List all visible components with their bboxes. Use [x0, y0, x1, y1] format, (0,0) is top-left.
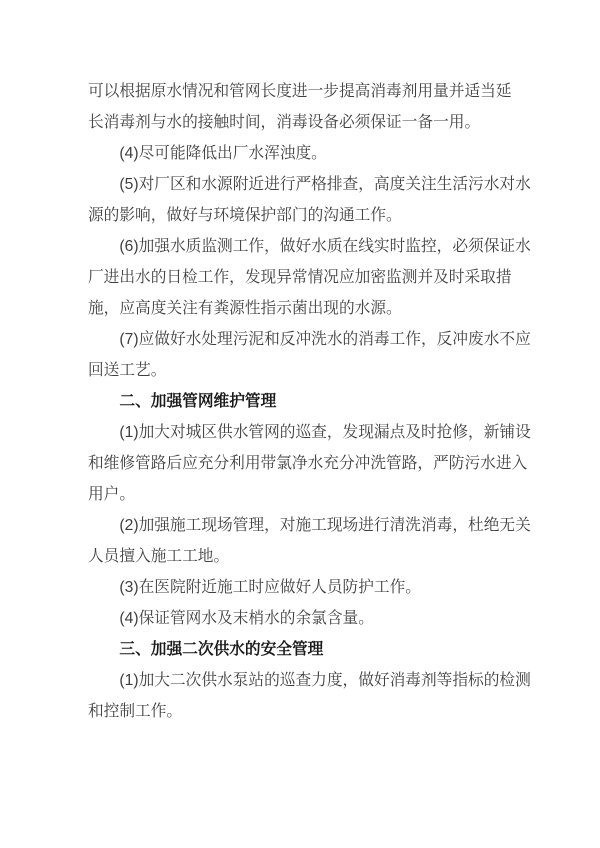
text-line: (5)对厂区和水源附近进行严格排查，高度关注生活污水对水 — [88, 169, 516, 200]
text-line: 和维修管路后应充分利用带氯净水充分冲洗管路，严防污水进入 — [88, 448, 516, 479]
text-line: 长消毒剂与水的接触时间，消毒设备必须保证一备一用。 — [88, 107, 516, 138]
text-line: 人员擅入施工工地。 — [88, 541, 516, 572]
text-line: 用户。 — [88, 479, 516, 510]
text-line: 厂进出水的日检工作，发现异常情况应加密监测并及时采取措 — [88, 262, 516, 293]
text-line: 源的影响，做好与环境保护部门的沟通工作。 — [88, 200, 516, 231]
text-line: (3)在医院附近施工时应做好人员防护工作。 — [88, 572, 516, 603]
section-heading: 二、加强管网维护管理 — [88, 386, 516, 417]
text-line: 回送工艺。 — [88, 355, 516, 386]
text-line: 和控制工作。 — [88, 696, 516, 727]
text-line: (7)应做好水处理污泥和反冲洗水的消毒工作，反冲废水不应 — [88, 324, 516, 355]
text-line: (4)尽可能降低出厂水浑浊度。 — [88, 138, 516, 169]
text-line: (4)保证管网水及末梢水的余氯含量。 — [88, 603, 516, 634]
text-line: 施，应高度关注有粪源性指示菌出现的水源。 — [88, 293, 516, 324]
document-content: 可以根据原水情况和管网长度进一步提高消毒剂用量并适当延长消毒剂与水的接触时间，消… — [88, 76, 516, 727]
text-line: (6)加强水质监测工作，做好水质在线实时监控，必须保证水 — [88, 231, 516, 262]
text-line: (1)加大二次供水泵站的巡查力度，做好消毒剂等指标的检测 — [88, 665, 516, 696]
section-heading: 三、加强二次供水的安全管理 — [88, 634, 516, 665]
text-line: 可以根据原水情况和管网长度进一步提高消毒剂用量并适当延 — [88, 76, 516, 107]
text-line: (2)加强施工现场管理，对施工现场进行清洗消毒，杜绝无关 — [88, 510, 516, 541]
text-line: (1)加大对城区供水管网的巡查，发现漏点及时抢修，新铺设 — [88, 417, 516, 448]
document-page: 可以根据原水情况和管网长度进一步提高消毒剂用量并适当延长消毒剂与水的接触时间，消… — [0, 0, 600, 848]
